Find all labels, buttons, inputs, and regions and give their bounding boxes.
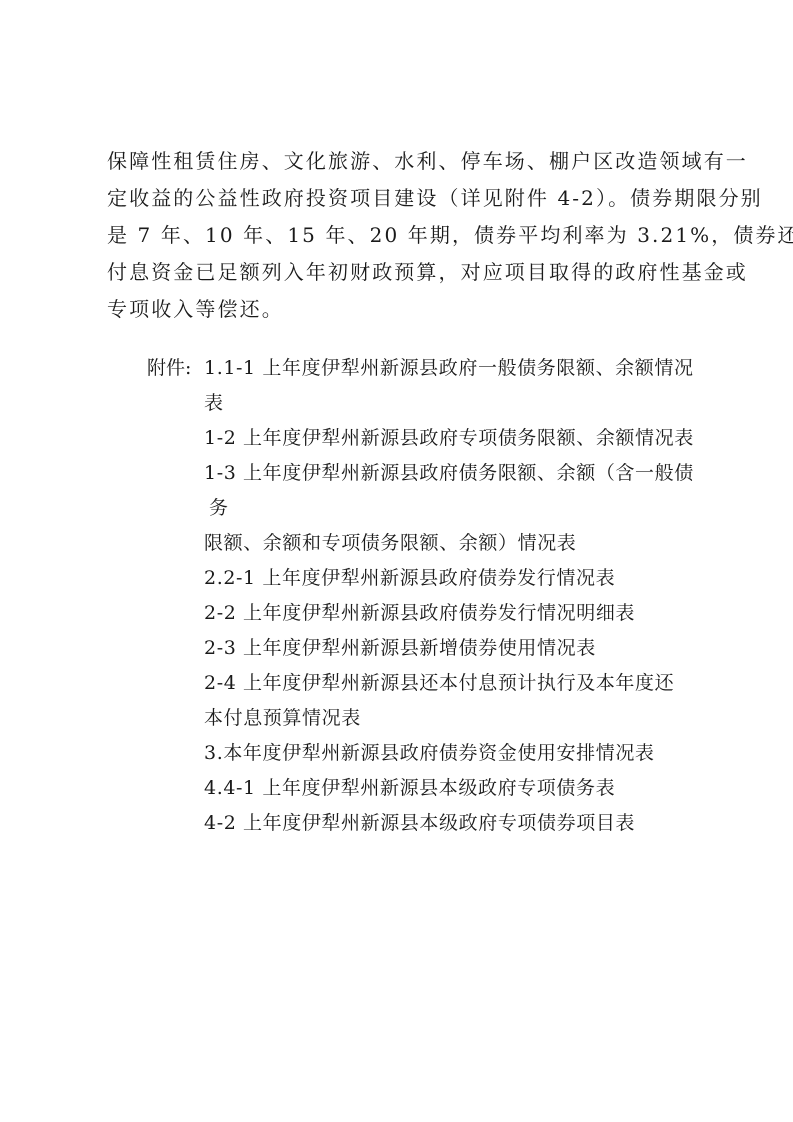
attachment-item-2-2: 2-2 上年度伊犁州新源县政府债券发行情况明细表 — [204, 596, 694, 631]
attachment-item-1-3-cont: 限额、余额和专项债务限额、余额）情况表 — [204, 526, 694, 561]
document-page: 保障性租赁住房、文化旅游、水利、停车场、棚户区改造领域有一 定收益的公益性政府投… — [0, 0, 793, 1122]
attachment-item-4-2: 4-2 上年度伊犁州新源县本级政府专项债券项目表 — [204, 806, 694, 841]
attachment-item-2-3: 2-3 上年度伊犁州新源县新增债券使用情况表 — [204, 631, 694, 666]
paragraph-line: 专项收入等偿还。 — [107, 291, 691, 328]
attachments-label: 附件: — [147, 351, 191, 386]
attachment-item-1-3-wrap: 务 — [204, 491, 694, 526]
attachments-list: 1.1-1 上年度伊犁州新源县政府一般债务限额、余额情况 表 1-2 上年度伊犁… — [204, 351, 694, 841]
paragraph-line: 保障性租赁住房、文化旅游、水利、停车场、棚户区改造领域有一 — [107, 143, 691, 180]
paragraph-line: 定收益的公益性政府投资项目建设（详见附件 4-2）。债券期限分别 — [107, 180, 691, 217]
attachment-item-3: 3.本年度伊犁州新源县政府债券资金使用安排情况表 — [204, 736, 694, 771]
attachment-item-1-2: 1-2 上年度伊犁州新源县政府专项债务限额、余额情况表 — [204, 421, 694, 456]
attachment-item-2-1: 2.2-1 上年度伊犁州新源县政府债券发行情况表 — [204, 561, 694, 596]
attachment-item-1-1: 1.1-1 上年度伊犁州新源县政府一般债务限额、余额情况 — [204, 351, 694, 386]
paragraph-line: 是 7 年、10 年、15 年、20 年期，债券平均利率为 3.21%，债券还本 — [107, 217, 691, 254]
attachment-item-2-4: 2-4 上年度伊犁州新源县还本付息预计执行及本年度还 — [204, 666, 694, 701]
attachment-item-1-3: 1-3 上年度伊犁州新源县政府债务限额、余额（含一般债 — [204, 456, 694, 491]
paragraph-line: 付息资金已足额列入年初财政预算，对应项目取得的政府性基金或 — [107, 254, 691, 291]
attachment-item-1-1-wrap: 表 — [204, 386, 694, 421]
attachment-item-4-1: 4.4-1 上年度伊犁州新源县本级政府专项债务表 — [204, 771, 694, 806]
attachment-item-2-4-wrap: 本付息预算情况表 — [204, 701, 694, 736]
body-paragraph: 保障性租赁住房、文化旅游、水利、停车场、棚户区改造领域有一 定收益的公益性政府投… — [107, 143, 691, 328]
